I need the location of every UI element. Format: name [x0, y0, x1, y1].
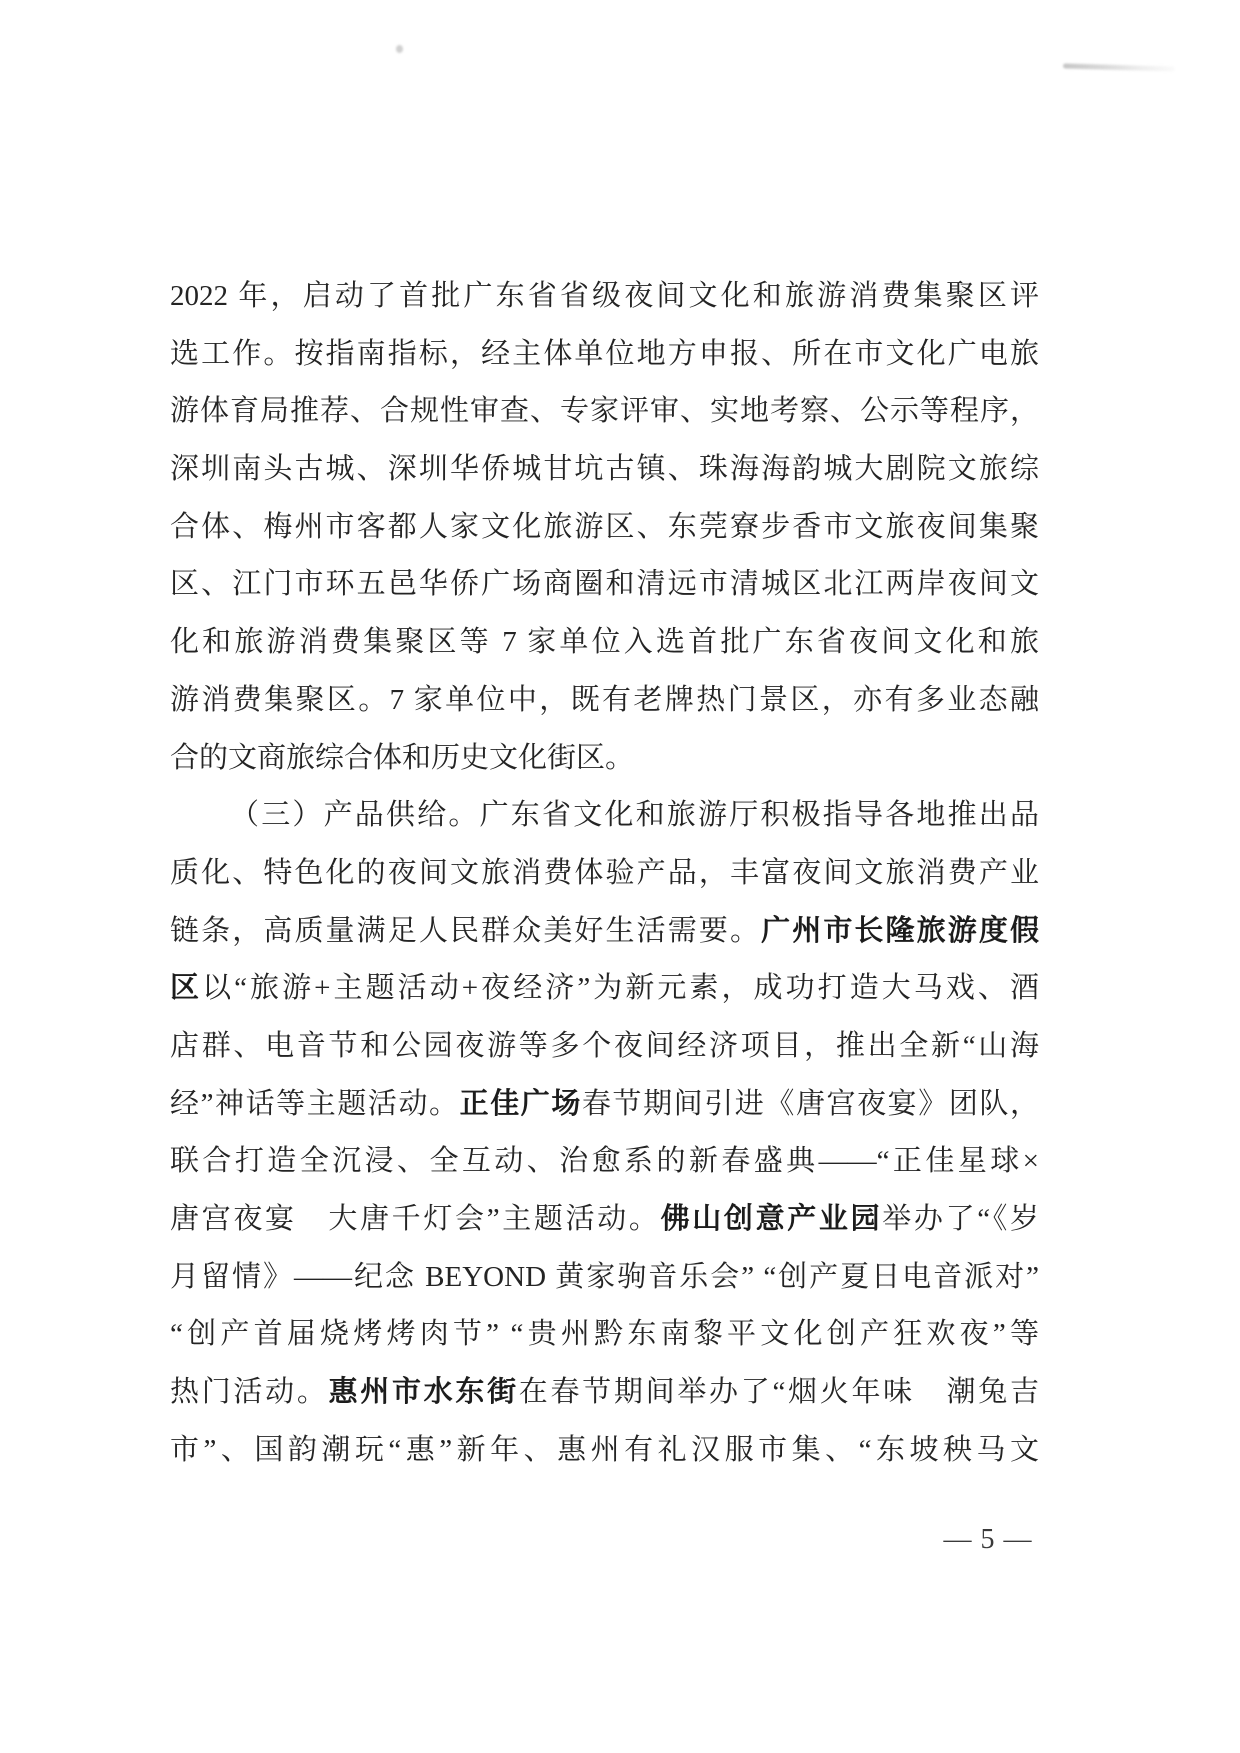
- text-segment-bold: 正佳广场: [460, 1088, 582, 1120]
- text-line: 选工作。按指南指标，经主体单位地方申报、所在市文化广电旅: [170, 326, 1039, 384]
- text-segment: 唐宫夜宴 大唐千灯会”主题活动。: [170, 1203, 661, 1235]
- text-segment: 深圳南头古城、深圳华侨城甘坑古镇、珠海海韵城大剧院文旅综: [170, 453, 1039, 485]
- text-segment-bold: 佛山创意产业园: [661, 1203, 883, 1235]
- text-segment: 经”神话等主题活动。: [170, 1088, 460, 1120]
- text-line: 联合打造全沉浸、全互动、治愈系的新春盛典——“正佳星球×: [170, 1133, 1039, 1191]
- text-line: 质化、特色化的夜间文旅消费体验产品，丰富夜间文旅消费产业: [170, 845, 1039, 903]
- text-line: 化和旅游消费集聚区等 7 家单位入选首批广东省夜间文化和旅: [170, 614, 1039, 672]
- text-segment: 春节期间引进《唐宫夜宴》团队，: [582, 1088, 1039, 1120]
- text-segment: 合体、梅州市客都人家文化旅游区、东莞寮步香市文旅夜间集聚: [170, 511, 1039, 543]
- text-line: 游体育局推荐、合规性审查、专家评审、实地考察、公示等程序，: [170, 383, 1039, 441]
- text-line: 店群、电音节和公园夜游等多个夜间经济项目，推出全新“山海: [170, 1018, 1039, 1076]
- text-segment: 区、江门市环五邑华侨广场商圈和清远市清城区北江两岸夜间文: [170, 568, 1039, 600]
- text-line: “创产首届烧烤烤肉节” “贵州黔东南黎平文化创产狂欢夜”等: [170, 1306, 1039, 1364]
- text-segment: 以“旅游+主题活动+夜经济”为新元素，成功打造大马戏、酒: [202, 972, 1039, 1004]
- text-line: 2022 年，启动了首批广东省省级夜间文化和旅游消费集聚区评: [170, 268, 1039, 326]
- document-text-block: 2022 年，启动了首批广东省省级夜间文化和旅游消费集聚区评选工作。按指南指标，…: [170, 268, 1039, 1479]
- text-segment: 热门活动。: [170, 1376, 329, 1408]
- text-segment-bold: 广州市长隆旅游度假: [761, 915, 1039, 947]
- text-line: 经”神话等主题活动。正佳广场春节期间引进《唐宫夜宴》团队，: [170, 1076, 1039, 1134]
- text-segment: 链条，高质量满足人民群众美好生活需要。: [170, 915, 761, 947]
- text-segment-bold: 区: [170, 972, 202, 1004]
- scan-speck-mark: [396, 45, 403, 53]
- text-segment: 在春节期间举办了“烟火年味 潮兔吉: [519, 1376, 1039, 1408]
- text-line: 区以“旅游+主题活动+夜经济”为新元素，成功打造大马戏、酒: [170, 960, 1039, 1018]
- text-segment: 选工作。按指南指标，经主体单位地方申报、所在市文化广电旅: [170, 338, 1039, 370]
- text-segment: 联合打造全沉浸、全互动、治愈系的新春盛典——“正佳星球×: [170, 1145, 1039, 1177]
- text-segment: 市”、国韵潮玩“惠”新年、惠州有礼汉服市集、“东坡秧马文: [170, 1434, 1039, 1466]
- text-segment: 化和旅游消费集聚区等 7 家单位入选首批广东省夜间文化和旅: [170, 626, 1039, 658]
- text-line: 合体、梅州市客都人家文化旅游区、东莞寮步香市文旅夜间集聚: [170, 499, 1039, 557]
- scan-smudge-mark: [1063, 63, 1175, 71]
- text-segment: 店群、电音节和公园夜游等多个夜间经济项目，推出全新“山海: [170, 1030, 1039, 1062]
- text-line: 区、江门市环五邑华侨广场商圈和清远市清城区北江两岸夜间文: [170, 556, 1039, 614]
- page-number: — 5 —: [928, 1522, 1048, 1558]
- text-line: 市”、国韵潮玩“惠”新年、惠州有礼汉服市集、“东坡秧马文: [170, 1422, 1039, 1480]
- document-page: 2022 年，启动了首批广东省省级夜间文化和旅游消费集聚区评选工作。按指南指标，…: [0, 0, 1240, 1753]
- text-segment: （三）产品供给。广东省文化和旅游厅积极指导各地推出品: [230, 799, 1039, 831]
- text-segment-bold: 惠州市水东街: [329, 1376, 519, 1408]
- text-segment: 举办了“《岁: [882, 1203, 1039, 1235]
- text-line: 唐宫夜宴 大唐千灯会”主题活动。佛山创意产业园举办了“《岁: [170, 1191, 1039, 1249]
- text-line: 月留情》——纪念 BEYOND 黄家驹音乐会” “创产夏日电音派对”: [170, 1249, 1039, 1307]
- text-line: 深圳南头古城、深圳华侨城甘坑古镇、珠海海韵城大剧院文旅综: [170, 441, 1039, 499]
- text-line: （三）产品供给。广东省文化和旅游厅积极指导各地推出品: [170, 787, 1039, 845]
- text-segment: 月留情》——纪念 BEYOND 黄家驹音乐会” “创产夏日电音派对”: [170, 1261, 1039, 1293]
- text-segment: “创产首届烧烤烤肉节” “贵州黔东南黎平文化创产狂欢夜”等: [170, 1318, 1039, 1350]
- text-line: 游消费集聚区。7 家单位中，既有老牌热门景区，亦有多业态融: [170, 672, 1039, 730]
- text-line: 热门活动。惠州市水东街在春节期间举办了“烟火年味 潮兔吉: [170, 1364, 1039, 1422]
- text-line: 合的文商旅综合体和历史文化街区。: [170, 730, 1039, 788]
- text-segment: 游体育局推荐、合规性审查、专家评审、实地考察、公示等程序，: [170, 395, 1039, 427]
- text-segment: 合的文商旅综合体和历史文化街区。: [170, 742, 634, 774]
- text-segment: 质化、特色化的夜间文旅消费体验产品，丰富夜间文旅消费产业: [170, 857, 1039, 889]
- text-segment: 游消费集聚区。7 家单位中，既有老牌热门景区，亦有多业态融: [170, 684, 1039, 716]
- text-segment: 2022 年，启动了首批广东省省级夜间文化和旅游消费集聚区评: [170, 280, 1039, 312]
- text-line: 链条，高质量满足人民群众美好生活需要。广州市长隆旅游度假: [170, 903, 1039, 961]
